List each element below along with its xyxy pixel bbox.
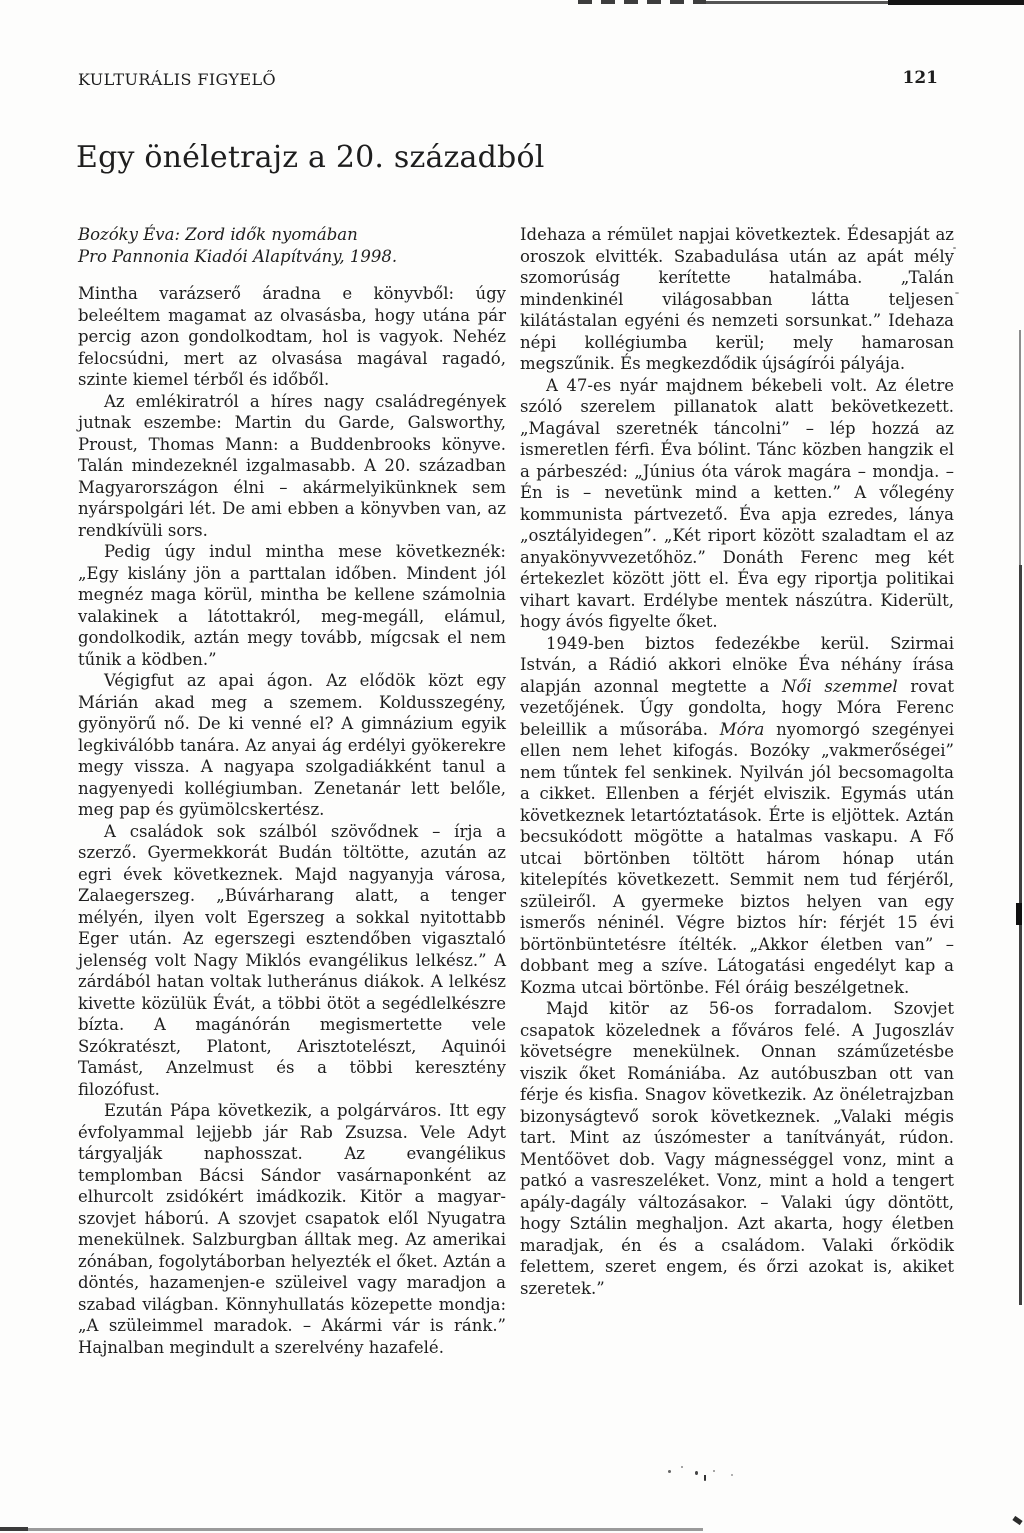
page-number: 121	[903, 68, 939, 88]
scan-speckle	[731, 1474, 733, 1476]
right-column: Idehaza a rémület napjai következtek. Éd…	[520, 224, 954, 1299]
text-run: Ezután Pápa következik, a polgárváros. I…	[78, 1101, 506, 1357]
book-reference: Bozóky Éva: Zord idők nyomában Pro Panno…	[78, 224, 506, 267]
paragraph: Végigfut az apai ágon. Az elődök közt eg…	[78, 670, 506, 821]
text-run: Majd kitör az 56-os forradalom. Szovjet …	[520, 999, 954, 1298]
italic-text-run: Móra	[720, 720, 765, 739]
italic-text-run: Női szemmel	[782, 677, 898, 696]
paragraph: Majd kitör az 56-os forradalom. Szovjet …	[520, 998, 954, 1299]
bottom-edge-rule	[28, 1528, 703, 1531]
scan-speckle	[695, 1471, 698, 1475]
text-run: Pedig úgy indul mintha mese következnék:…	[78, 542, 506, 669]
text-run: A 47-es nyár majdnem békebeli volt. Az é…	[520, 376, 954, 632]
paragraph: A 47-es nyár majdnem békebeli volt. Az é…	[520, 375, 954, 633]
scan-speckle	[681, 1466, 683, 1468]
text-run: Végigfut az apai ágon. Az elődök közt eg…	[78, 671, 506, 819]
book-reference-author-title: Bozóky Éva: Zord idők nyomában	[78, 224, 506, 246]
text-run: Mintha varázserő áradna e könyvből: úgy …	[78, 284, 506, 389]
scanned-journal-page: KULTURÁLIS FIGYELŐ 121 Egy önéletrajz a …	[0, 0, 1024, 1533]
scan-speckle	[1012, 1516, 1022, 1525]
paragraph: Mintha varázserő áradna e könyvből: úgy …	[78, 283, 506, 391]
paragraph: Ezután Pápa következik, a polgárváros. I…	[78, 1100, 506, 1358]
paragraph: Idehaza a rémület napjai következtek. Éd…	[520, 224, 954, 375]
left-column: Bozóky Éva: Zord idők nyomában Pro Panno…	[78, 224, 506, 1358]
scan-speckle	[955, 292, 959, 294]
article-title: Egy önéletrajz a 20. századból	[76, 140, 545, 175]
paragraph: A családok sok szálból szövődnek – írja …	[78, 821, 506, 1101]
bottom-edge-dark-rule	[0, 1527, 28, 1531]
text-run: Az emlékiratról a híres nagy családregén…	[78, 392, 506, 540]
journal-title: KULTURÁLIS FIGYELŐ	[78, 70, 276, 89]
right-edge-scan-line	[1019, 330, 1021, 565]
paragraph: Az emlékiratról a híres nagy családregén…	[78, 391, 506, 542]
scan-speckle	[704, 1475, 706, 1481]
scan-speckle	[713, 1470, 715, 1472]
scan-speckle	[668, 1470, 671, 1473]
paragraph: Pedig úgy indul mintha mese következnék:…	[78, 541, 506, 670]
top-edge-dark-rule	[888, 0, 1024, 5]
text-run: Idehaza a rémület napjai következtek. Éd…	[520, 225, 954, 373]
top-edge-dashed-rule	[578, 0, 706, 4]
right-edge-scan-blob	[1016, 903, 1022, 925]
paragraph: 1949-ben biztos fedezékbe kerül. Szirmai…	[520, 633, 954, 999]
top-edge-rule	[706, 1, 888, 4]
book-reference-publisher: Pro Pannonia Kiadói Alapítvány, 1998.	[78, 246, 506, 268]
text-run: nyomorgó szegényei ellen nem lehet kifog…	[520, 720, 954, 997]
text-run: A családok sok szálból szövődnek – írja …	[78, 822, 506, 1099]
right-edge-scan-line-dark	[1019, 565, 1022, 1305]
